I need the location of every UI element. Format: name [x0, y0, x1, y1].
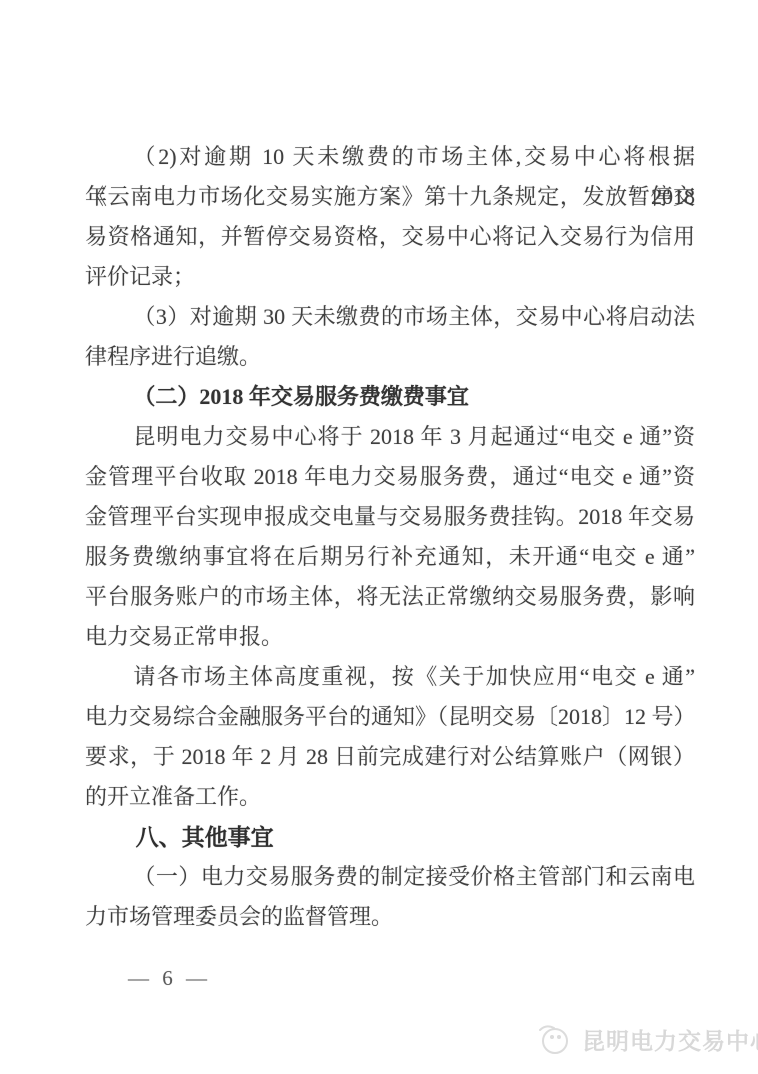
body-line: 律程序进行追缴。 [85, 337, 695, 377]
footer-brand-text: 昆明电力交易中心 [582, 1023, 758, 1056]
body-line: 金管理平台实现申报成交电量与交易服务费挂钩。2018 年交易 [85, 497, 695, 537]
document-body: （2)对逾期 10 天未缴费的市场主体,交易中心将根据《2018 年云南电力市场… [85, 137, 695, 937]
body-line: 评价记录； [85, 257, 695, 297]
body-line: 金管理平台收取 2018 年电力交易服务费，通过“电交 e 通”资 [85, 457, 695, 497]
kunming-power-exchange-logo-icon [534, 1020, 572, 1058]
footer-watermark: 昆明电力交易中心 [534, 1020, 758, 1058]
body-line: 年云南电力市场化交易实施方案》第十九条规定，发放暂停交 [85, 177, 695, 217]
body-line: 昆明电力交易中心将于 2018 年 3 月起通过“电交 e 通”资 [85, 417, 695, 457]
body-line: （一）电力交易服务费的制定接受价格主管部门和云南电 [85, 857, 695, 897]
body-line: （3）对逾期 30 天未缴费的市场主体，交易中心将启动法 [85, 297, 695, 337]
section-heading-other-matters: 八、其他事宜 [85, 817, 695, 857]
body-line: 易资格通知，并暂停交易资格，交易中心将记入交易行为信用 [85, 217, 695, 257]
body-line: 力市场管理委员会的监督管理。 [85, 897, 695, 937]
body-line: 的开立准备工作。 [85, 777, 695, 817]
body-line: 要求，于 2018 年 2 月 28 日前完成建行对公结算账户（网银） [85, 737, 695, 777]
section-heading-fee-payment: （二）2018 年交易服务费缴费事宜 [85, 377, 695, 417]
page-number: — 6 — [128, 966, 211, 991]
body-line: 电力交易综合金融服务平台的通知》（昆明交易〔2018〕12 号） [85, 697, 695, 737]
body-line: 服务费缴纳事宜将在后期另行补充通知，未开通“电交 e 通” [85, 537, 695, 577]
body-line: 请各市场主体高度重视，按《关于加快应用“电交 e 通” [85, 657, 695, 697]
body-line: 平台服务账户的市场主体，将无法正常缴纳交易服务费，影响 [85, 577, 695, 617]
body-line: 电力交易正常申报。 [85, 617, 695, 657]
body-line: （2)对逾期 10 天未缴费的市场主体,交易中心将根据《2018 [85, 137, 695, 177]
document-page: （2)对逾期 10 天未缴费的市场主体,交易中心将根据《2018 年云南电力市场… [0, 0, 758, 1074]
